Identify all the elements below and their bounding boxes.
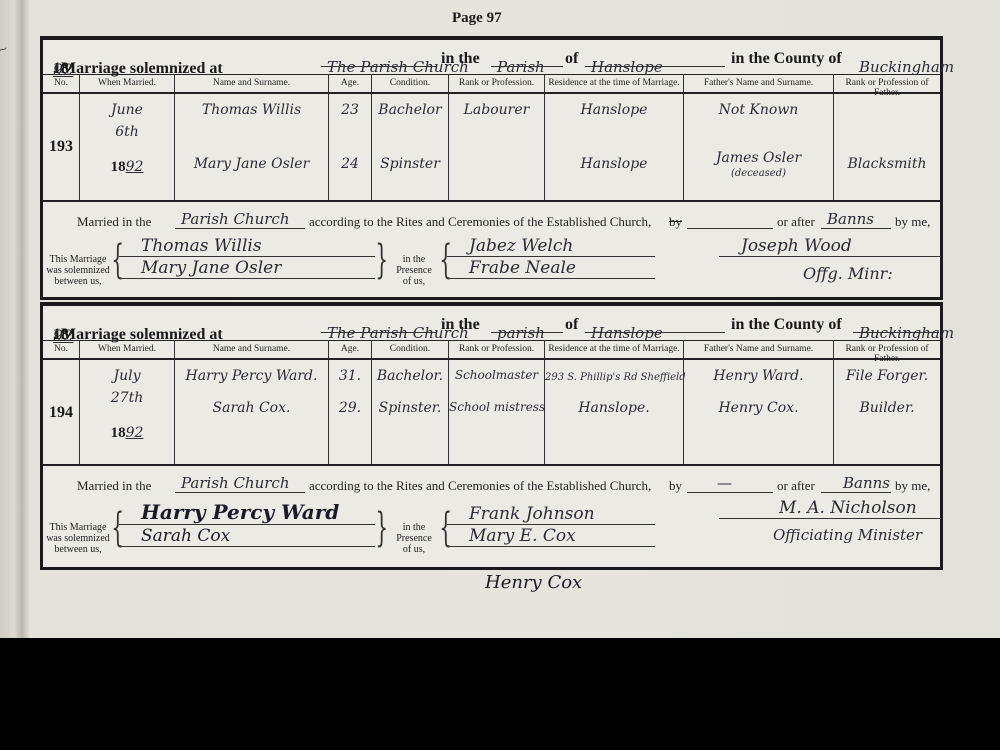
cell-number: 193 [43,94,79,200]
extra-signature: Henry Cox [485,572,582,593]
rites-line: Married in the Parish Church according t… [43,466,940,496]
facing-page-ink: ~ [0,38,26,82]
entry-headline: 1892. Marriage solemnized at The Parish … [43,306,940,341]
bride-name: Mary Jane Osler [175,156,328,172]
county-label: in the County of [731,50,842,68]
black-border [0,638,1000,750]
groom-signature: Thomas Willis [119,236,375,257]
county-field: Buckingham [853,48,939,66]
licence-field [687,208,773,229]
cell-residences: 293 S. Phillip's Rd Sheffield Hanslope. [544,360,683,464]
cell-names: Harry Percy Ward. Sarah Cox. [174,360,328,464]
place-field: The Parish Church [321,314,437,333]
cell-conditions: Bachelor Spinster [371,94,448,200]
cell-father-professions: File Forger. Builder. [833,360,940,464]
cell-fathers: Henry Ward. Henry Cox. [683,360,833,464]
witness-1-signature: Frank Johnson [447,504,655,525]
col-name: Name and Surname. [174,74,328,92]
cell-professions: Labourer [448,94,544,200]
brace-icon: } [375,240,388,280]
cell-ages: 23 24 [328,94,371,200]
cell-names: Thomas Willis Mary Jane Osler [174,94,328,200]
district-field: Hanslope [585,48,725,67]
cell-ages: 31. 29. [328,360,371,464]
officiant-signature: M. A. Nicholson [719,498,941,519]
groom-signature: Harry Percy Ward [119,504,375,525]
col-when-married: When Married. [79,74,174,92]
column-headers: No. When Married. Name and Surname. Age.… [43,340,940,360]
col-profession: Rank or Profession. [448,74,544,92]
cell-fathers: Not Known James Osler (deceased) [683,94,833,200]
signature-block: This Marriage was solemnized between us,… [43,504,940,564]
district-type-field: Parish [491,48,563,67]
of-label: of [565,50,578,68]
married-in-field: Parish Church [175,208,305,229]
officiant-title: Officiating Minister [773,526,922,544]
witness-2-signature: Mary E. Cox [447,526,655,547]
cell-professions: Schoolmaster School mistress [448,360,544,464]
officiant-title: Offg. Minr: [803,264,893,283]
entry-headline: 1892. Marriage solemnized at The Parish … [43,40,940,75]
or-after-field: Banns [821,208,891,229]
entry-row: 194 July 27th 1892 Harry Percy Ward. Sar… [43,360,940,466]
officiant-signature: Joseph Wood [719,236,941,257]
col-condition: Condition. [371,74,448,92]
marriage-entry-193: 1892. Marriage solemnized at The Parish … [40,36,943,300]
register-photo: ~ Page 97 1892. Marriage solemnized at T… [0,0,1000,638]
brace-icon: } [375,508,388,548]
district-field: Hanslope [585,314,725,333]
by-struck: by [669,214,682,230]
column-headers: No. When Married. Name and Surname. Age.… [43,74,940,94]
col-residence: Residence at the time of Marriage. [544,74,683,92]
groom-name: Thomas Willis [175,102,328,118]
witness-1-signature: Jabez Welch [447,236,655,257]
place-field: The Parish Church [321,48,437,67]
county-field: Buckingham [853,314,939,333]
marriage-entry-194: 1892. Marriage solemnized at The Parish … [40,302,943,570]
licence-field: — [687,472,773,493]
cell-number: 194 [43,360,79,464]
witness-2-signature: Frabe Neale [447,258,655,279]
cell-father-professions: Blacksmith [833,94,940,200]
col-father-name: Father's Name and Surname. [683,74,833,92]
cell-date: July 27th 1892 [79,360,174,464]
cell-conditions: Bachelor. Spinster. [371,360,448,464]
cell-date: June 6th 1892 [79,94,174,200]
col-father-profession: Rank or Profession of Father. [833,74,940,92]
page-number: Page 97 [452,10,502,27]
col-age: Age. [328,74,371,92]
or-after-field: Banns [821,472,891,493]
married-in-field: Parish Church [175,472,305,493]
entry-row: 193 June 6th 1892 Thomas Willis Mary Jan… [43,94,940,202]
cell-residences: Hanslope Hanslope [544,94,683,200]
rites-line: Married in the Parish Church according t… [43,202,940,232]
bride-signature: Mary Jane Osler [119,258,375,279]
col-no: No. [43,74,79,92]
bride-signature: Sarah Cox [119,526,375,547]
signature-block: This Marriage was solemnized between us,… [43,236,940,296]
in-the-label: in the [441,50,480,68]
district-type-field: parish [491,314,563,333]
